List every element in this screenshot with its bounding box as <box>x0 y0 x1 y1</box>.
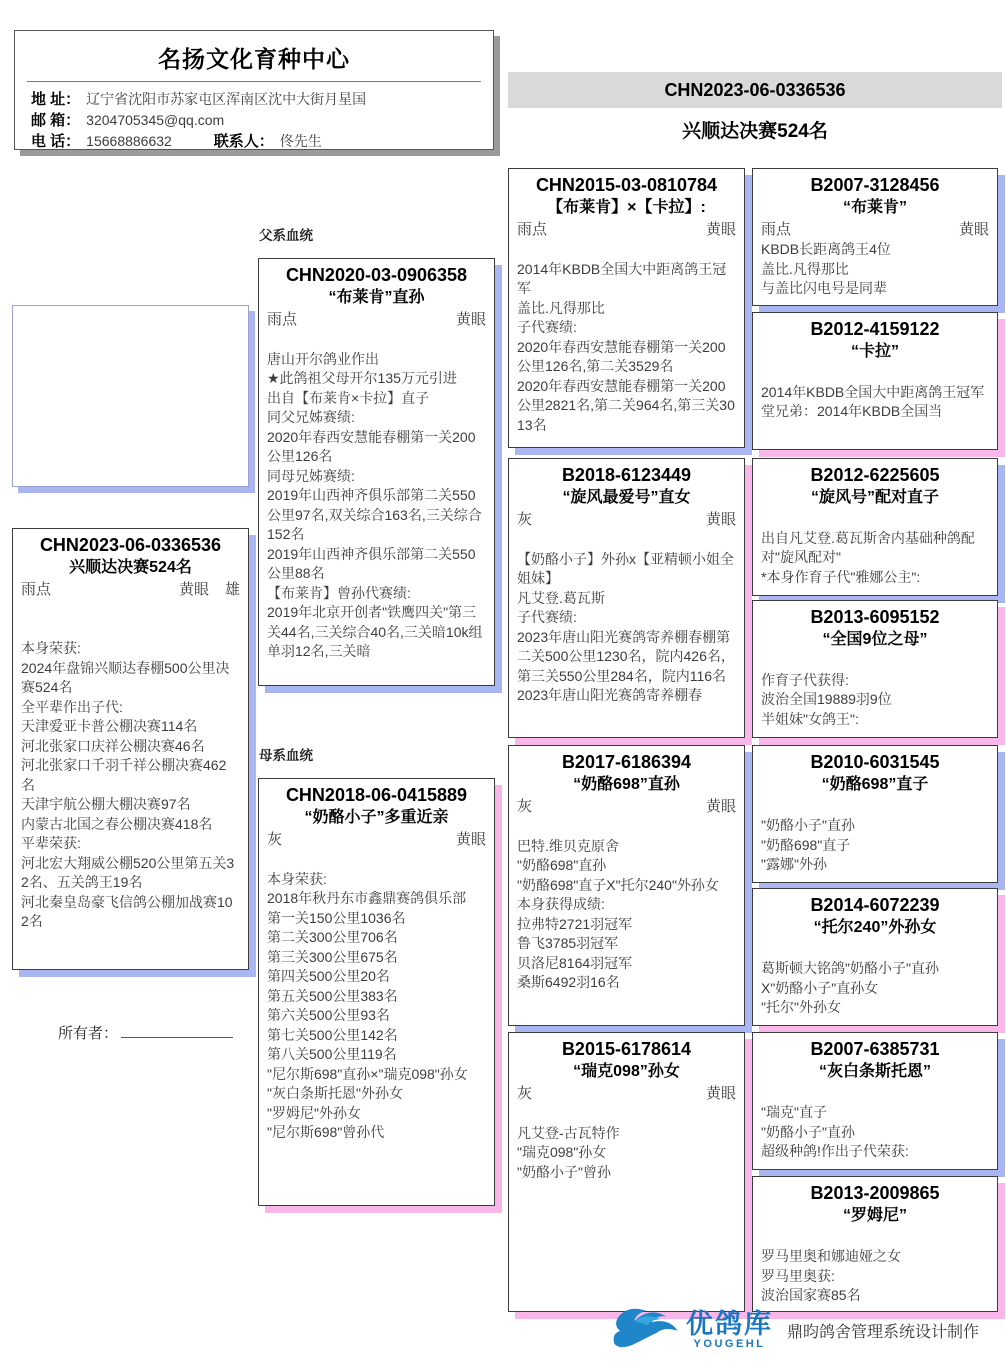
bird-achievements: 2014年KBDB全国大中距离鸽王冠军 盖比.凡得那比 子代赛绩: 2020年春… <box>517 240 736 435</box>
pedigree-certificate-page: 名扬文化育种中心 地 址：辽宁省沈阳市苏家屯区浑南区沈中大街月星国 邮 箱：32… <box>0 0 1006 1366</box>
pedigree-box-maternal-granddam: B2015-6178614 “瑞克098”孙女 灰 黄眼 凡艾登-古瓦特作 "瑞… <box>508 1032 745 1312</box>
pedigree-box-great-grandparent-8: B2013-2009865 “罗姆尼” 罗马里奥和娜迪娅之女 罗马里奥获: 波治… <box>752 1176 998 1312</box>
header-divider <box>27 81 481 82</box>
owner-label: 所有者： <box>58 1025 118 1042</box>
brand-name-block: 优鸽库 YOUGEHL <box>686 1311 773 1350</box>
bird-achievements: 葛斯顿大铭鸽"奶酪小子"直孙 X"奶酪小子"直孙女 "托尔"外孙女 <box>761 939 989 1018</box>
ring-number: B2015-6178614 <box>517 1037 736 1061</box>
ring-number: B2007-6385731 <box>761 1037 989 1061</box>
ring-number: B2013-6095152 <box>761 605 989 629</box>
pigeon-photo-placeholder <box>12 305 249 487</box>
loft-name: 名扬文化育种中心 <box>31 35 477 81</box>
pedigree-box-great-grandparent-7: B2007-6385731 “灰白条斯托恩” "瑞克"直子 "奶酪小子"直孙 超… <box>752 1032 998 1170</box>
bird-achievements: 出自凡艾登.葛瓦斯舍内基础种鸽配对"旋风配对" *本身作育子代"雅娜公主": <box>761 509 989 587</box>
color-eye-row: 灰 黄眼 <box>517 509 736 530</box>
pedigree-box-great-grandparent-1: B2007-3128456 “布莱肯” 雨点 黄眼 KBDB长距离鸽王4位 盖比… <box>752 168 998 306</box>
color-eye-row: 雨点 黄眼雄 <box>21 579 240 600</box>
paternal-line-label: 父系血统 <box>259 224 313 244</box>
color-eye-row: 灰 黄眼 <box>517 796 736 817</box>
ring-number: B2012-6225605 <box>761 463 989 487</box>
ring-number: CHN2023-06-0336536 <box>21 533 240 557</box>
ring-number: B2018-6123449 <box>517 463 736 487</box>
pedigree-box-great-grandparent-6: B2014-6072239 “托尔240”外孙女 葛斯顿大铭鸽"奶酪小子"直孙 … <box>752 888 998 1026</box>
bird-achievements: 本身荣获: 2024年盘锦兴顺达春棚500公里决赛524名 全平辈作出子代: 天… <box>21 600 240 932</box>
ring-number: B2017-6186394 <box>517 750 736 774</box>
pedigree-box-great-grandparent-5: B2010-6031545 “奶酪698”直子 "奶酪小子"直孙 "奶酪698"… <box>752 745 998 883</box>
contact-label: 联系人： <box>214 133 274 150</box>
address-label: 地 址： <box>31 91 80 108</box>
contact-value: 佟先生 <box>280 133 322 149</box>
bird-name: “布莱肯”直孙 <box>267 287 486 309</box>
pedigree-box-maternal-grandsire: B2017-6186394 “奶酪698”直孙 灰 黄眼 巴特.维贝克原舍 "奶… <box>508 745 745 1026</box>
ring-number-band: CHN2023-06-0336536 <box>508 72 1002 108</box>
email-value: 3204705345@qq.com <box>86 112 224 128</box>
pedigree-box-great-grandparent-4: B2013-6095152 “全国9位之母” 作育子代获得: 波治全国19889… <box>752 600 998 738</box>
owner-row: 所有者： <box>58 1022 233 1043</box>
phone-value: 15668886632 <box>86 133 172 149</box>
bird-name: “托尔240”外孙女 <box>761 917 989 939</box>
feather-color: 雨点 <box>21 579 51 600</box>
color-eye-row: 灰 黄眼 <box>517 1083 736 1104</box>
feather-color: 灰 <box>517 509 532 530</box>
bird-achievements: 本身荣获: 2018年秋丹东市鑫鼎赛鸽俱乐部 第一关150公里1036名 第二关… <box>267 850 486 1143</box>
ring-number: B2010-6031545 <box>761 750 989 774</box>
bird-achievements: 唐山开尔鸽业作出 ★此鸽祖父母开尔135万元引进 出自【布莱肯×卡拉】直子 同父… <box>267 330 486 662</box>
pedigree-box-dam: CHN2018-06-0415889 “奶酪小子”多重近亲 灰 黄眼 本身荣获:… <box>258 778 495 1206</box>
bird-achievements: 作育子代获得: 波治全国19889羽9位 半姐妹"女鸽王": <box>761 651 989 729</box>
brand-latin-name: YOUGEHL <box>686 1338 773 1350</box>
eye-color: 黄眼 <box>179 581 209 598</box>
feather-color: 雨点 <box>517 219 547 240</box>
eye-color: 黄眼 <box>456 309 486 330</box>
eye-color: 黄眼 <box>706 219 736 240</box>
ring-number: B2007-3128456 <box>761 173 989 197</box>
footer-brand-bar: 优鸽库 YOUGEHL 鼎昀鸽舍管理系统设计制作 <box>610 1302 1006 1359</box>
bird-name: 兴顺达决赛524名 <box>21 557 240 579</box>
loft-header-card: 名扬文化育种中心 地 址：辽宁省沈阳市苏家屯区浑南区沈中大街月星国 邮 箱：32… <box>14 30 494 150</box>
ring-number: CHN2020-03-0906358 <box>267 263 486 287</box>
phone-row: 电 话：15668886632 联系人：佟先生 <box>31 131 477 152</box>
email-label: 邮 箱： <box>31 112 80 129</box>
feather-color: 雨点 <box>267 309 297 330</box>
eye-color: 黄眼 <box>706 509 736 530</box>
bird-name: “瑞克098”孙女 <box>517 1061 736 1083</box>
address-row: 地 址：辽宁省沈阳市苏家屯区浑南区沈中大街月星国 <box>31 89 477 110</box>
pedigree-box-great-grandparent-2: B2012-4159122 “卡拉” 2014年KBDB全国大中距离鸽王冠军 堂… <box>752 312 998 450</box>
brand-name: 优鸽库 <box>686 1311 773 1338</box>
feather-color: 雨点 <box>761 219 791 240</box>
bird-name: “旋风最爱号”直女 <box>517 487 736 509</box>
pedigree-box-sire: CHN2020-03-0906358 “布莱肯”直孙 雨点 黄眼 唐山开尔鸽业作… <box>258 258 495 686</box>
feather-color: 灰 <box>267 829 282 850</box>
yougeku-logo-icon <box>610 1302 682 1359</box>
bird-achievements: 【奶酪小子】外孙x【亚精顿小姐全姐妹】 凡艾登.葛瓦斯 子代赛绩: 2023年唐… <box>517 530 736 706</box>
bird-name: “奶酪698”直孙 <box>517 774 736 796</box>
eye-color: 黄眼 <box>706 1083 736 1104</box>
pedigree-box-great-grandparent-3: B2012-6225605 “旋风号”配对直子 出自凡艾登.葛瓦斯舍内基础种鸽配… <box>752 458 998 596</box>
bird-achievements: 凡艾登-古瓦特作 "瑞克098"孙女 "奶酪小子"曾孙 <box>517 1104 736 1182</box>
bird-name: “奶酪小子”多重近亲 <box>267 807 486 829</box>
ring-number: B2014-6072239 <box>761 893 989 917</box>
pedigree-box-paternal-granddam: B2018-6123449 “旋风最爱号”直女 灰 黄眼 【奶酪小子】外孙x【亚… <box>508 458 745 738</box>
pedigree-box-subject: CHN2023-06-0336536 兴顺达决赛524名 雨点 黄眼雄 本身荣获… <box>12 528 249 970</box>
bird-name: “灰白条斯托恩” <box>761 1061 989 1083</box>
feather-color: 灰 <box>517 1083 532 1104</box>
bird-achievements: "瑞克"直子 "奶酪小子"直孙 超级种鸽!作出子代荣获: <box>761 1083 989 1162</box>
phone-label: 电 话： <box>31 133 80 150</box>
address-value: 辽宁省沈阳市苏家屯区浑南区沈中大街月星国 <box>86 91 366 107</box>
bird-name: “布莱肯” <box>761 197 989 219</box>
bird-achievements: KBDB长距离鸽王4位 盖比.凡得那比 与盖比闪电号是同辈 <box>761 240 989 299</box>
pedigree-box-paternal-grandsire: CHN2015-03-0810784 【布莱肯】×【卡拉】: 雨点 黄眼 201… <box>508 168 745 448</box>
maternal-line-label: 母系血统 <box>259 744 313 764</box>
bird-name: “旋风号”配对直子 <box>761 487 989 509</box>
ring-number: CHN2018-06-0415889 <box>267 783 486 807</box>
eye-color: 黄眼 <box>456 829 486 850</box>
system-credit-text: 鼎昀鸽舍管理系统设计制作 <box>787 1319 979 1342</box>
bird-achievements: 罗马里奥和娜迪娅之女 罗马里奥获: 波治国家赛85名 <box>761 1227 989 1306</box>
ring-number: B2013-2009865 <box>761 1181 989 1205</box>
bird-achievements: 巴特.维贝克原舍 "奶酪698"直孙 "奶酪698"直子X"托尔240"外孙女 … <box>517 817 736 993</box>
sex: 雄 <box>225 581 240 598</box>
ring-number: B2012-4159122 <box>761 317 989 341</box>
bird-name: “卡拉” <box>761 341 989 363</box>
bird-name: “全国9位之母” <box>761 629 989 651</box>
email-row: 邮 箱：3204705345@qq.com <box>31 110 477 131</box>
bird-name: 【布莱肯】×【卡拉】: <box>517 197 736 219</box>
ring-number: CHN2015-03-0810784 <box>517 173 736 197</box>
eye-color: 黄眼 <box>959 219 989 240</box>
bird-name: “奶酪698”直子 <box>761 774 989 796</box>
color-eye-row: 雨点 黄眼 <box>267 309 486 330</box>
bird-achievements: 2014年KBDB全国大中距离鸽王冠军 堂兄弟：2014年KBDB全国当 <box>761 363 989 422</box>
color-eye-row: 雨点 黄眼 <box>517 219 736 240</box>
owner-blank-line <box>121 1023 233 1038</box>
bird-name: “罗姆尼” <box>761 1205 989 1227</box>
color-eye-row: 雨点 黄眼 <box>761 219 989 240</box>
eye-color: 黄眼 <box>706 796 736 817</box>
color-eye-row: 灰 黄眼 <box>267 829 486 850</box>
race-result-title: 兴顺达决赛524名 <box>508 116 1002 143</box>
bird-achievements: "奶酪小子"直孙 "奶酪698"直子 "露娜"外孙 <box>761 796 989 875</box>
feather-color: 灰 <box>517 796 532 817</box>
